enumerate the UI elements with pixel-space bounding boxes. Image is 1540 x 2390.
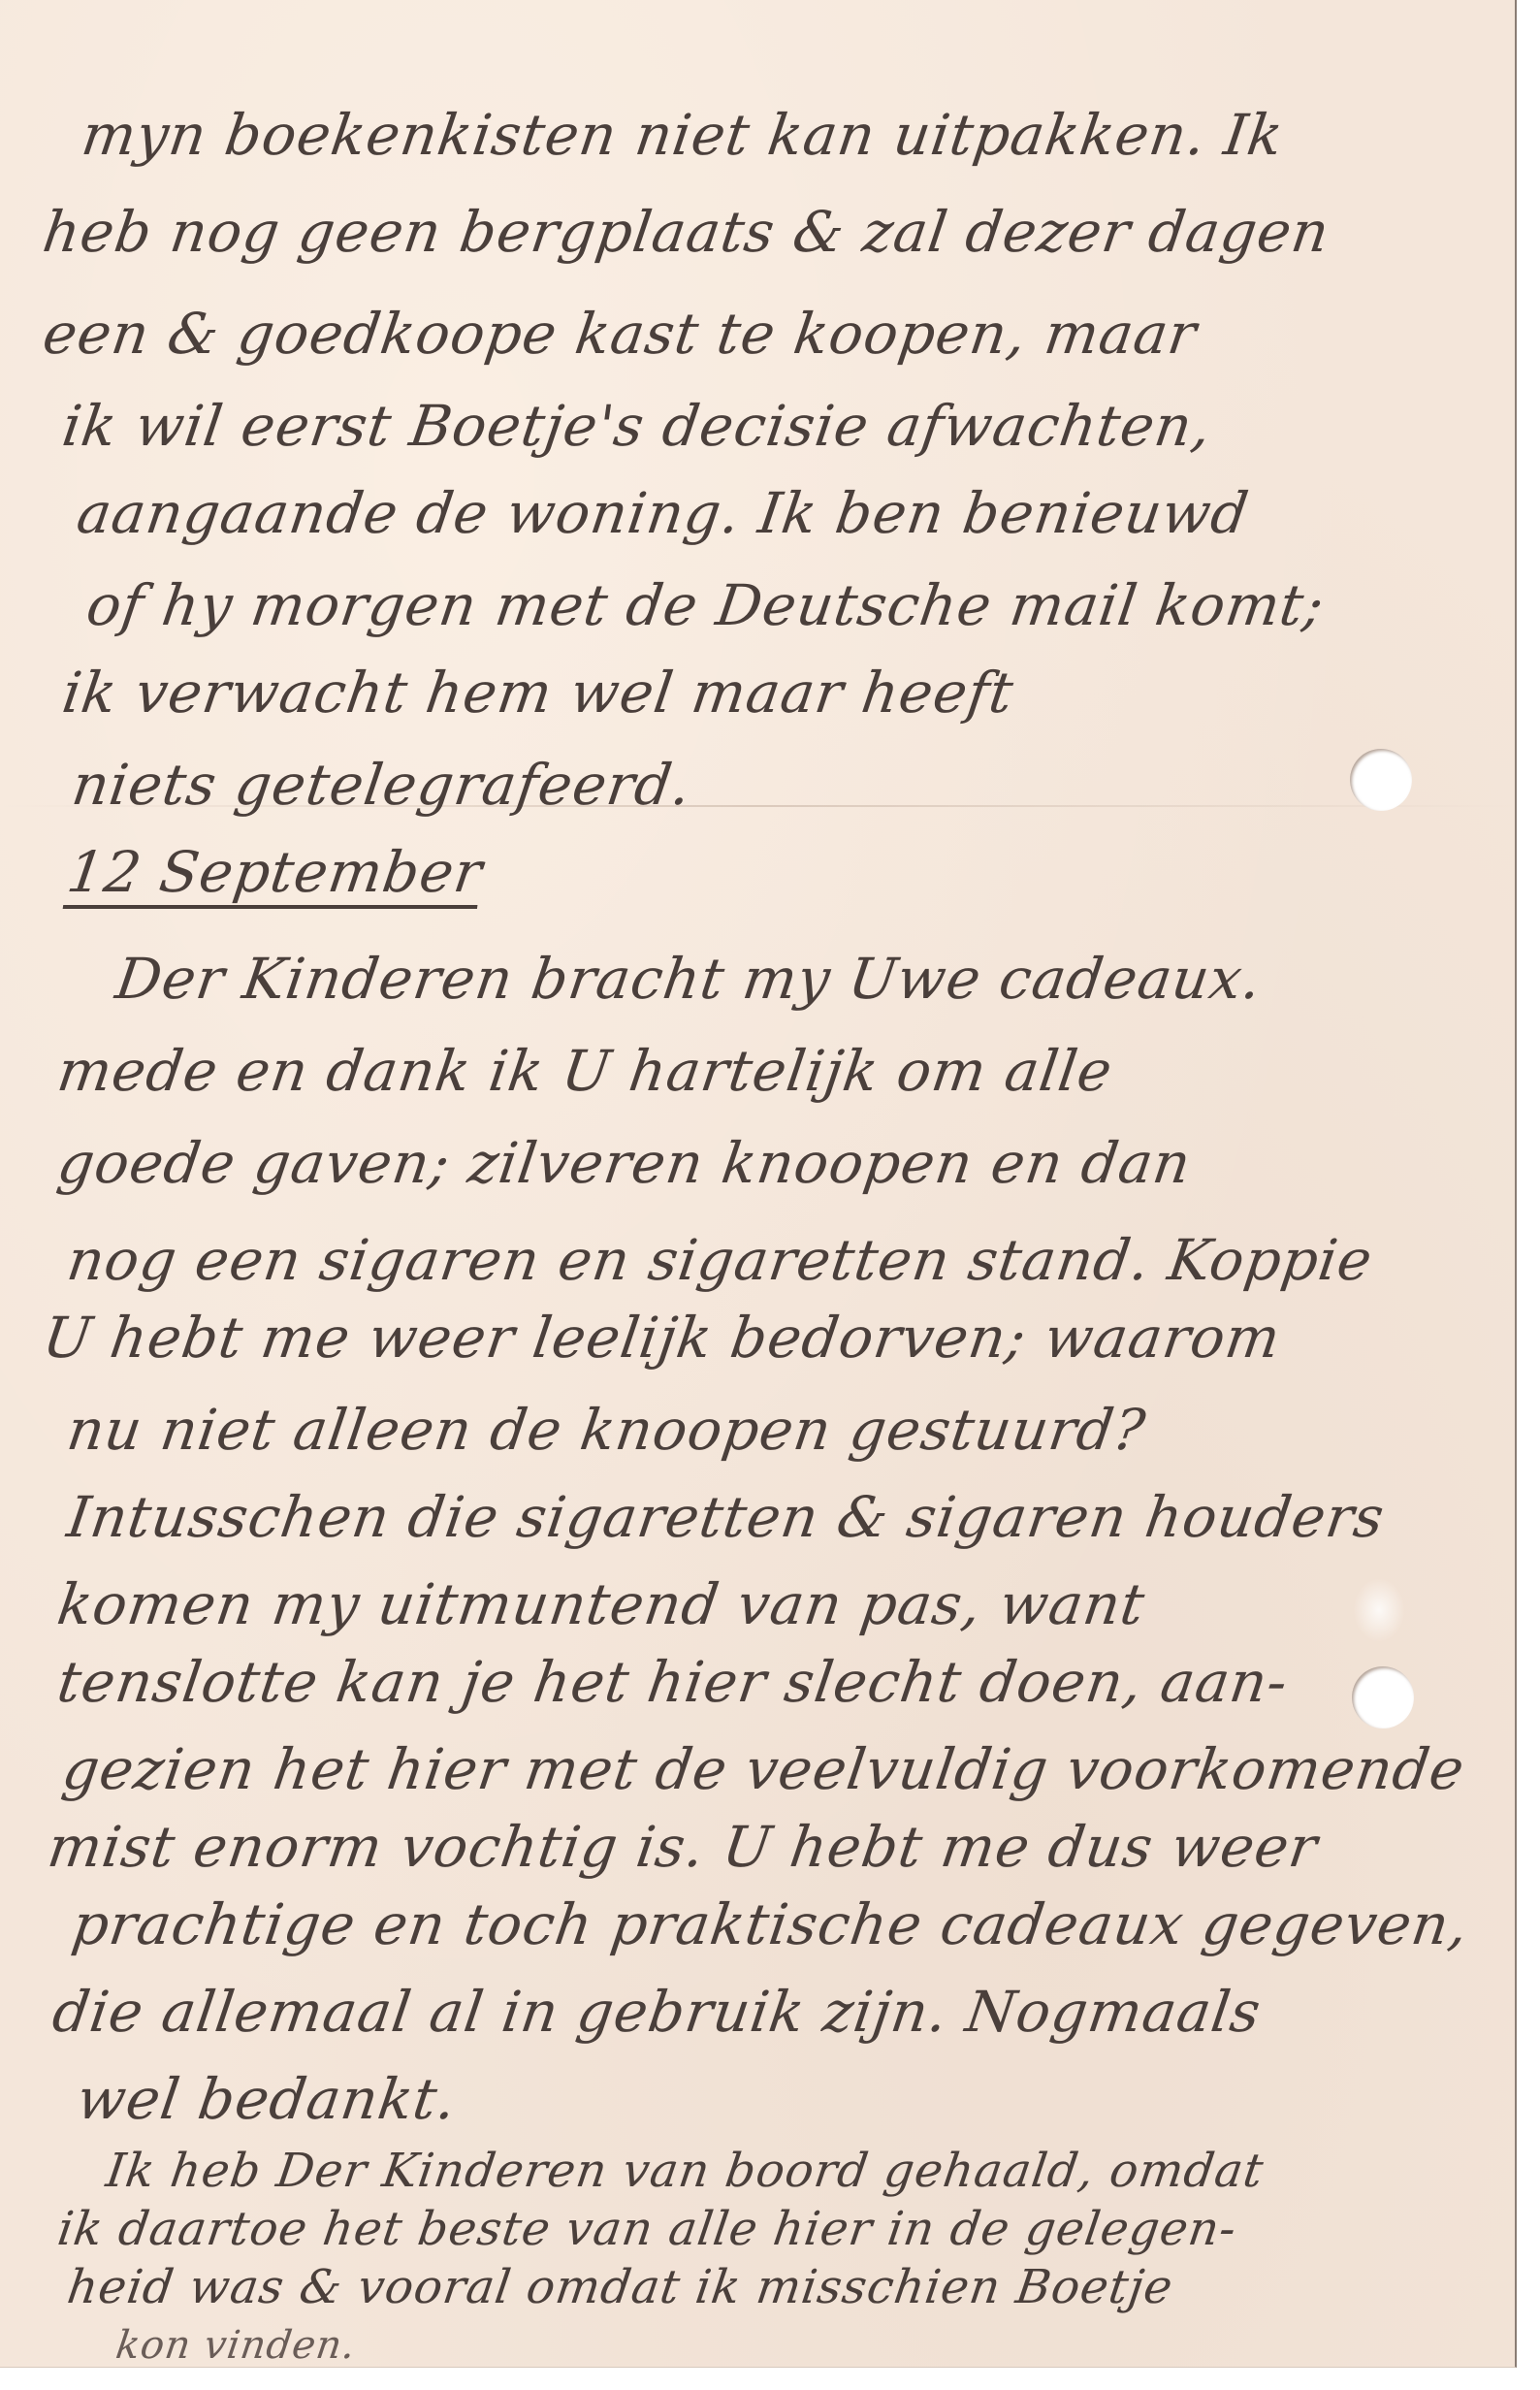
text-line: Der Kinderen bracht my Uwe cadeaux. xyxy=(112,946,1266,1012)
text-line: nog een sigaren en sigaretten stand. Kop… xyxy=(63,1227,1376,1293)
text-line: mist enorm vochtig is. U hebt me dus wee… xyxy=(44,1814,1322,1880)
date-heading: 12 September xyxy=(63,839,487,905)
text-line: U hebt me weer leelijk bedorven; waarom xyxy=(39,1305,1285,1371)
text-line: aangaande de woning. Ik ben benieuwd xyxy=(73,480,1253,546)
text-line: gezien het hier met de veelvuldig voorko… xyxy=(58,1736,1468,1802)
text-line: myn boekenkisten niet kan uitpakken. Ik xyxy=(78,102,1288,168)
text-line: mede en dank ik U hartelijk om alle xyxy=(53,1038,1116,1104)
text-line: niets getelegrafeerd. xyxy=(68,752,695,818)
footnote-text: kon vinden. xyxy=(113,2323,359,2368)
text-line: goede gaven; zilveren knoopen en dan xyxy=(53,1130,1195,1196)
text-line: heb nog geen bergplaats & zal dezer dage… xyxy=(39,199,1333,265)
punch-hole-top xyxy=(1350,749,1412,811)
text-line: nu niet alleen de knoopen gestuurd? xyxy=(63,1397,1149,1463)
punch-hole-dent xyxy=(1354,1579,1404,1641)
text-line: komen my uitmuntend van pas, want xyxy=(53,1571,1149,1637)
text-line: een & goedkoope kast te koopen, maar xyxy=(39,301,1201,367)
text-line: wel bedankt. xyxy=(73,2066,461,2132)
text-line: Ik heb Der Kinderen van boord gehaald, o… xyxy=(103,2144,1267,2198)
letter-page: myn boekenkisten niet kan uitpakken. Ik … xyxy=(0,0,1517,2368)
text-line: ik daartoe het beste van alle hier in de… xyxy=(54,2202,1240,2256)
text-line: heid was & vooral omdat ik misschien Boe… xyxy=(64,2260,1176,2314)
text-line: ik verwacht hem wel maar heeft xyxy=(58,660,1017,726)
text-line: die allemaal al in gebruik zijn. Nogmaal… xyxy=(48,1979,1265,2045)
punch-hole-bottom xyxy=(1352,1666,1414,1728)
text-line: ik wil eerst Boetje's decisie afwachten, xyxy=(58,393,1215,459)
text-line: tenslotte kan je het hier slecht doen, a… xyxy=(53,1649,1292,1715)
text-line: prachtige en toch praktische cadeaux geg… xyxy=(68,1891,1472,1957)
text-line: of hy morgen met de Deutsche mail komt; xyxy=(82,572,1329,638)
text-line: Intusschen die sigaretten & sigaren houd… xyxy=(63,1484,1389,1550)
